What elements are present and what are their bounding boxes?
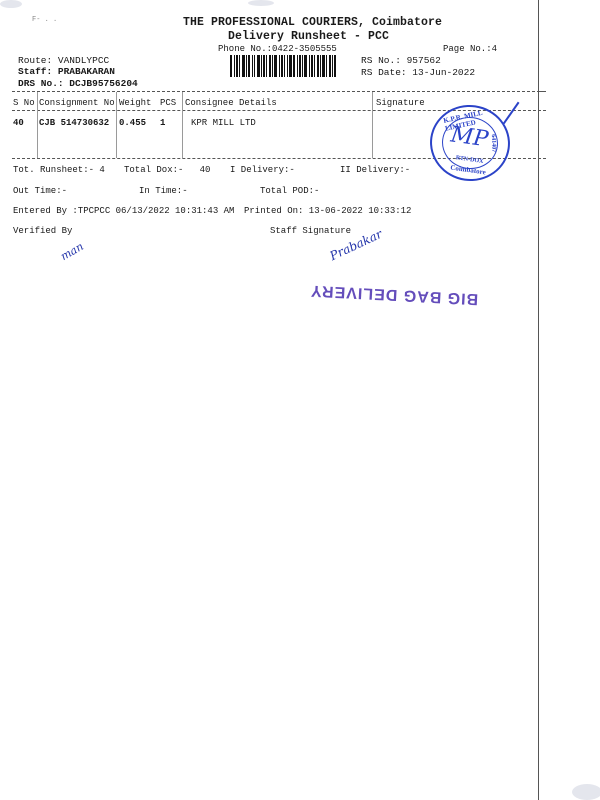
column-divider xyxy=(116,92,117,158)
verified-by-label: Verified By xyxy=(13,226,72,236)
cell-weight: 0.455 xyxy=(119,118,146,128)
column-header-s-no: S No xyxy=(13,98,35,108)
company-name: THE PROFESSIONAL COURIERS, Coimbatore xyxy=(183,16,442,29)
column-header-signature: Signature xyxy=(376,98,425,108)
out-time: Out Time:- xyxy=(13,186,67,196)
i-delivery: I Delivery:- xyxy=(230,165,295,175)
phone-number: Phone No.:0422-3505555 xyxy=(218,44,337,54)
verified-initials-handwriting: man xyxy=(58,240,85,263)
seal-text-right: 641407 xyxy=(490,134,497,152)
column-divider xyxy=(37,92,38,158)
cell-pcs: 1 xyxy=(160,118,165,128)
staff-signature-label: Staff Signature xyxy=(270,226,351,236)
printed-on: Printed On: 13-06-2022 10:33:12 xyxy=(244,206,411,216)
cell-consignment-no: CJB 514730632 xyxy=(39,118,109,128)
column-header-pcs: PCS xyxy=(160,98,176,108)
column-header-consignee-details: Consignee Details xyxy=(185,98,277,108)
scan-smudge xyxy=(0,0,22,8)
company-seal-stamp: K.P.R. MILL LIMITED 641407 RTN-DOX Coimb… xyxy=(425,100,515,186)
big-bag-delivery-stamp: BIG BAG DELIVERY xyxy=(310,281,479,308)
column-divider xyxy=(182,92,183,158)
cell-consignee: KPR MILL LTD xyxy=(191,118,256,128)
drs-number: DRS No.: DCJB95756204 xyxy=(18,78,138,89)
column-header-consignment-no: Consignment No xyxy=(39,98,115,108)
scan-smudge xyxy=(572,784,600,800)
in-time: In Time:- xyxy=(139,186,188,196)
rs-date: RS Date: 13-Jun-2022 xyxy=(361,67,475,78)
barcode xyxy=(230,55,351,77)
corner-mark: F- . . xyxy=(32,16,57,24)
page-number: Page No.:4 xyxy=(443,44,497,54)
total-dox: Total Dox:- 40 xyxy=(124,165,210,175)
page-margin-line xyxy=(538,0,539,800)
seal-signature: MP xyxy=(449,122,489,152)
route-label: Route: VANDLYPCC xyxy=(18,55,109,66)
ii-delivery: II Delivery:- xyxy=(340,165,410,175)
total-pod: Total POD:- xyxy=(260,186,319,196)
scan-smudge xyxy=(248,0,274,6)
total-runsheet: Tot. Runsheet:- 4 xyxy=(13,165,105,175)
table-top-rule-ext xyxy=(540,91,546,92)
column-header-weight: Weight xyxy=(119,98,151,108)
entered-by: Entered By :TPCPCC 06/13/2022 10:31:43 A… xyxy=(13,206,234,216)
staff-label: Staff: PRABAKARAN xyxy=(18,66,115,77)
table-top-rule xyxy=(12,91,540,92)
cell-s-no: 40 xyxy=(13,118,24,128)
column-divider xyxy=(372,92,373,158)
rs-number: RS No.: 957562 xyxy=(361,55,441,66)
document-title: Delivery Runsheet - PCC xyxy=(228,30,389,43)
